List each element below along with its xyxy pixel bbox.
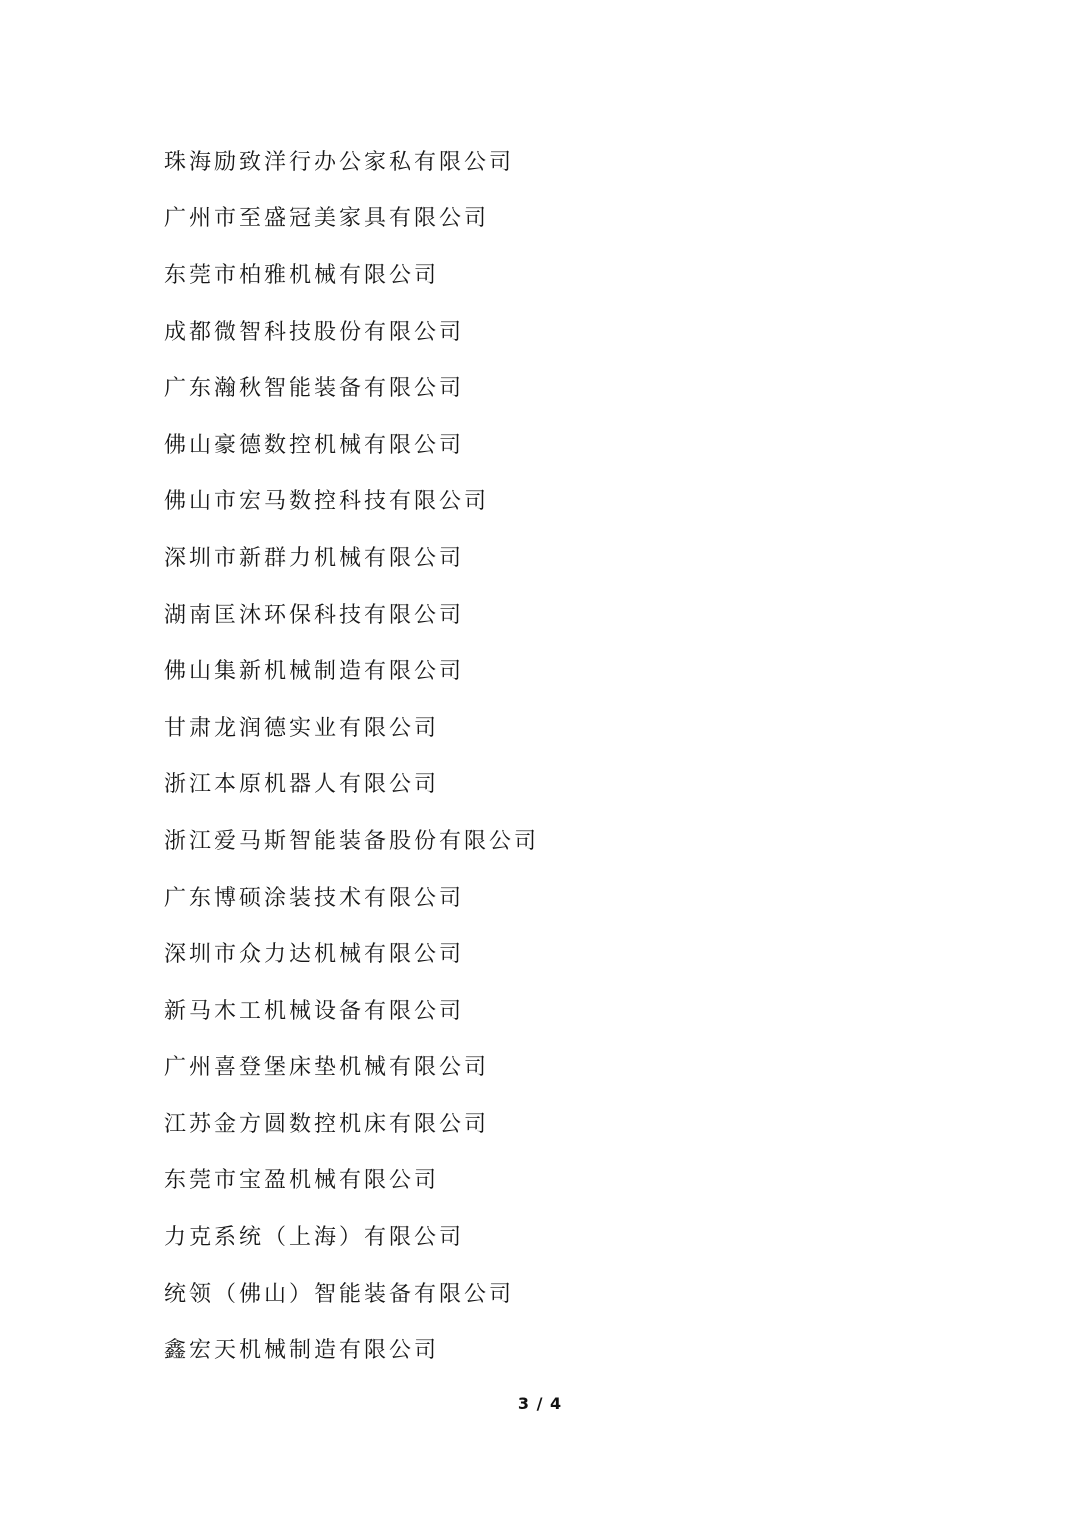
company-name-line: 珠海励致洋行办公家私有限公司 — [164, 132, 1020, 189]
company-name-list: 珠海励致洋行办公家私有限公司 广州市至盛冠美家具有限公司 东莞市柏雅机械有限公司… — [164, 132, 1020, 1377]
company-name-line: 深圳市新群力机械有限公司 — [164, 528, 1020, 585]
company-name-line: 甘肃龙润德实业有限公司 — [164, 698, 1020, 755]
company-name-line: 新马木工机械设备有限公司 — [164, 981, 1020, 1038]
company-name-line: 鑫宏天机械制造有限公司 — [164, 1320, 1020, 1377]
company-name-line: 深圳市众力达机械有限公司 — [164, 924, 1020, 981]
company-name-line: 广东博硕涂装技术有限公司 — [164, 868, 1020, 925]
page-number: 3 / 4 — [0, 1394, 1080, 1413]
company-name-line: 湖南匡沐环保科技有限公司 — [164, 585, 1020, 642]
company-name-line: 成都微智科技股份有限公司 — [164, 302, 1020, 359]
company-name-line: 东莞市柏雅机械有限公司 — [164, 245, 1020, 302]
company-name-line: 佛山集新机械制造有限公司 — [164, 641, 1020, 698]
company-name-line: 佛山市宏马数控科技有限公司 — [164, 472, 1020, 529]
company-name-line: 广州市至盛冠美家具有限公司 — [164, 189, 1020, 246]
company-name-line: 佛山豪德数控机械有限公司 — [164, 415, 1020, 472]
company-name-line: 东莞市宝盈机械有限公司 — [164, 1151, 1020, 1208]
company-name-line: 广东瀚秋智能装备有限公司 — [164, 358, 1020, 415]
company-name-line: 广州喜登堡床垫机械有限公司 — [164, 1038, 1020, 1095]
company-name-line: 江苏金方圆数控机床有限公司 — [164, 1094, 1020, 1151]
company-name-line: 浙江本原机器人有限公司 — [164, 755, 1020, 812]
company-name-line: 统领（佛山）智能装备有限公司 — [164, 1264, 1020, 1321]
company-name-line: 浙江爱马斯智能装备股份有限公司 — [164, 811, 1020, 868]
company-name-line: 力克系统（上海）有限公司 — [164, 1207, 1020, 1264]
document-page: 珠海励致洋行办公家私有限公司 广州市至盛冠美家具有限公司 东莞市柏雅机械有限公司… — [0, 0, 1080, 1527]
